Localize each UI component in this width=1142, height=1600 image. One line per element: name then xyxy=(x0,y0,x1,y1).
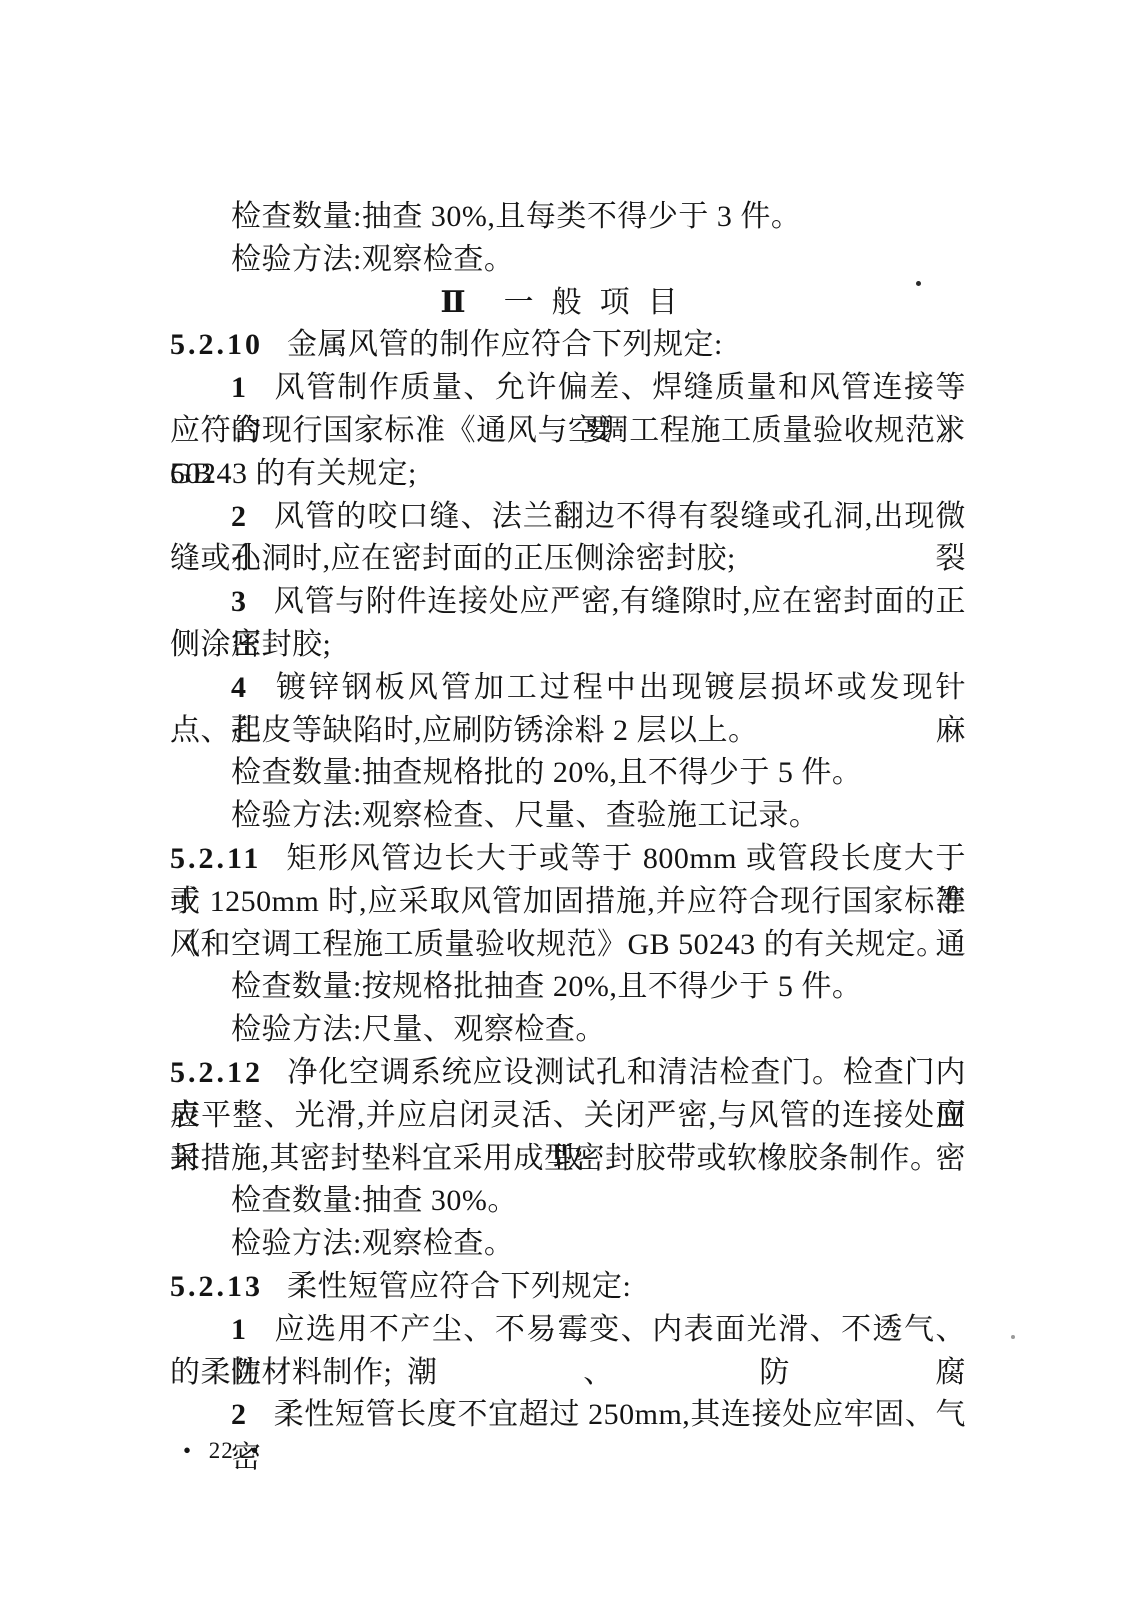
clause-line: 5.2.12净化空调系统应设测试孔和清洁检查门。检查门内表面 xyxy=(170,1052,966,1095)
text-line: 1应选用不产尘、不易霉变、内表面光滑、不透气、防潮、防腐 xyxy=(170,1309,966,1352)
line-text: 风和空调工程施工质量验收规范》GB 50243 的有关规定。 xyxy=(170,928,947,961)
page-number: • 22 • xyxy=(183,1436,260,1466)
text-line: 2柔性短管长度不宜超过 250mm,其连接处应牢固、气密 xyxy=(170,1394,966,1437)
text-line: 检查数量:按规格批抽查 20%,且不得少于 5 件。 xyxy=(170,966,966,1009)
clause-number: 2 xyxy=(231,500,247,533)
line-text: 检查数量:抽查 30%,且每类不得少于 3 件。 xyxy=(231,200,801,233)
line-text: 点、起皮等缺陷时,应刷防锈涂料 2 层以上。 xyxy=(170,714,759,747)
clause-number: 5.2.11 xyxy=(170,842,261,875)
line-text: 检验方法:观察检查。 xyxy=(231,1227,514,1260)
clause-line: 5.2.13柔性短管应符合下列规定: xyxy=(170,1266,966,1309)
section-heading: Ⅱ一般项目 xyxy=(170,282,966,325)
text-line: 检验方法:观察检查。 xyxy=(170,239,966,282)
line-text: 缝或孔洞时,应在密封面的正压侧涂密封胶; xyxy=(170,542,736,575)
text-line: 于 1250mm 时,应采取风管加固措施,并应符合现行国家标准《通 xyxy=(170,881,966,924)
text-line: 侧涂密封胶; xyxy=(170,624,966,667)
clause-line: 5.2.11矩形风管边长大于或等于 800mm 或管段长度大于或等 xyxy=(170,838,966,881)
line-text: 检验方法:观察检查、尺量、查验施工记录。 xyxy=(231,799,819,832)
scan-artifact-dot xyxy=(916,281,921,286)
line-text: 检验方法:尺量、观察检查。 xyxy=(231,1013,606,1046)
clause-number: 3 xyxy=(231,585,247,618)
clause-number: 2 xyxy=(231,1398,247,1431)
text-line: 检查数量:抽查 30%,且每类不得少于 3 件。 xyxy=(170,196,966,239)
clause-number: 1 xyxy=(231,371,247,404)
line-text: 检查数量:抽查规格批的 20%,且不得少于 5 件。 xyxy=(231,756,862,789)
text-line: 2风管的咬口缝、法兰翻边不得有裂缝或孔洞,出现微小裂 xyxy=(170,496,966,539)
text-line: 1风管制作质量、允许偏差、焊缝质量和风管连接等的要求 xyxy=(170,367,966,410)
text-line: 风和空调工程施工质量验收规范》GB 50243 的有关规定。 xyxy=(170,924,966,967)
line-text: 的柔性材料制作; xyxy=(170,1356,392,1389)
text-line: 检验方法:观察检查。 xyxy=(170,1223,966,1266)
text-line: 检验方法:尺量、观察检查。 xyxy=(170,1009,966,1052)
line-text: 检查数量:抽查 30%。 xyxy=(231,1184,518,1217)
clause-number: 5.2.10 xyxy=(170,328,263,361)
scan-artifact-dot xyxy=(1011,1335,1015,1339)
line-text: 侧涂密封胶; xyxy=(170,628,331,661)
text-line: 50243 的有关规定; xyxy=(170,453,966,496)
line-text: 封措施,其密封垫料宜采用成型密封胶带或软橡胶条制作。 xyxy=(170,1142,941,1175)
text-line: 封措施,其密封垫料宜采用成型密封胶带或软橡胶条制作。 xyxy=(170,1138,966,1181)
line-text: 金属风管的制作应符合下列规定: xyxy=(287,328,723,361)
clause-line: 5.2.10金属风管的制作应符合下列规定: xyxy=(170,324,966,367)
text-line: 应平整、光滑,并应启闭灵活、关闭严密,与风管的连接处应采取密 xyxy=(170,1095,966,1138)
line-text: 检验方法:观察检查。 xyxy=(231,243,514,276)
clause-number: 5.2.13 xyxy=(170,1270,263,1303)
text-line: 检查数量:抽查 30%。 xyxy=(170,1180,966,1223)
line-text: 50243 的有关规定; xyxy=(170,457,417,490)
line-text: 一般项目 xyxy=(504,286,696,319)
clause-number: 4 xyxy=(231,671,247,704)
heading-numeral: Ⅱ xyxy=(440,286,465,319)
text-line: 3风管与附件连接处应严密,有缝隙时,应在密封面的正压 xyxy=(170,581,966,624)
text-line: 4镀锌钢板风管加工过程中出现镀层损坏或发现针孔、麻 xyxy=(170,667,966,710)
document-body: 检查数量:抽查 30%,且每类不得少于 3 件。检验方法:观察检查。Ⅱ一般项目5… xyxy=(170,196,966,1437)
text-line: 检验方法:观察检查、尺量、查验施工记录。 xyxy=(170,795,966,838)
clause-number: 5.2.12 xyxy=(170,1056,263,1089)
line-text: 检查数量:按规格批抽查 20%,且不得少于 5 件。 xyxy=(231,970,862,1003)
line-text: 柔性短管长度不宜超过 250mm,其连接处应牢固、气密 xyxy=(231,1398,966,1474)
text-line: 应符合现行国家标准《通风与空调工程施工质量验收规范》GB xyxy=(170,410,966,453)
text-line: 检查数量:抽查规格批的 20%,且不得少于 5 件。 xyxy=(170,752,966,795)
document-page: 检查数量:抽查 30%,且每类不得少于 3 件。检验方法:观察检查。Ⅱ一般项目5… xyxy=(0,0,1142,1600)
line-text: 柔性短管应符合下列规定: xyxy=(287,1270,631,1303)
clause-number: 1 xyxy=(231,1313,247,1346)
